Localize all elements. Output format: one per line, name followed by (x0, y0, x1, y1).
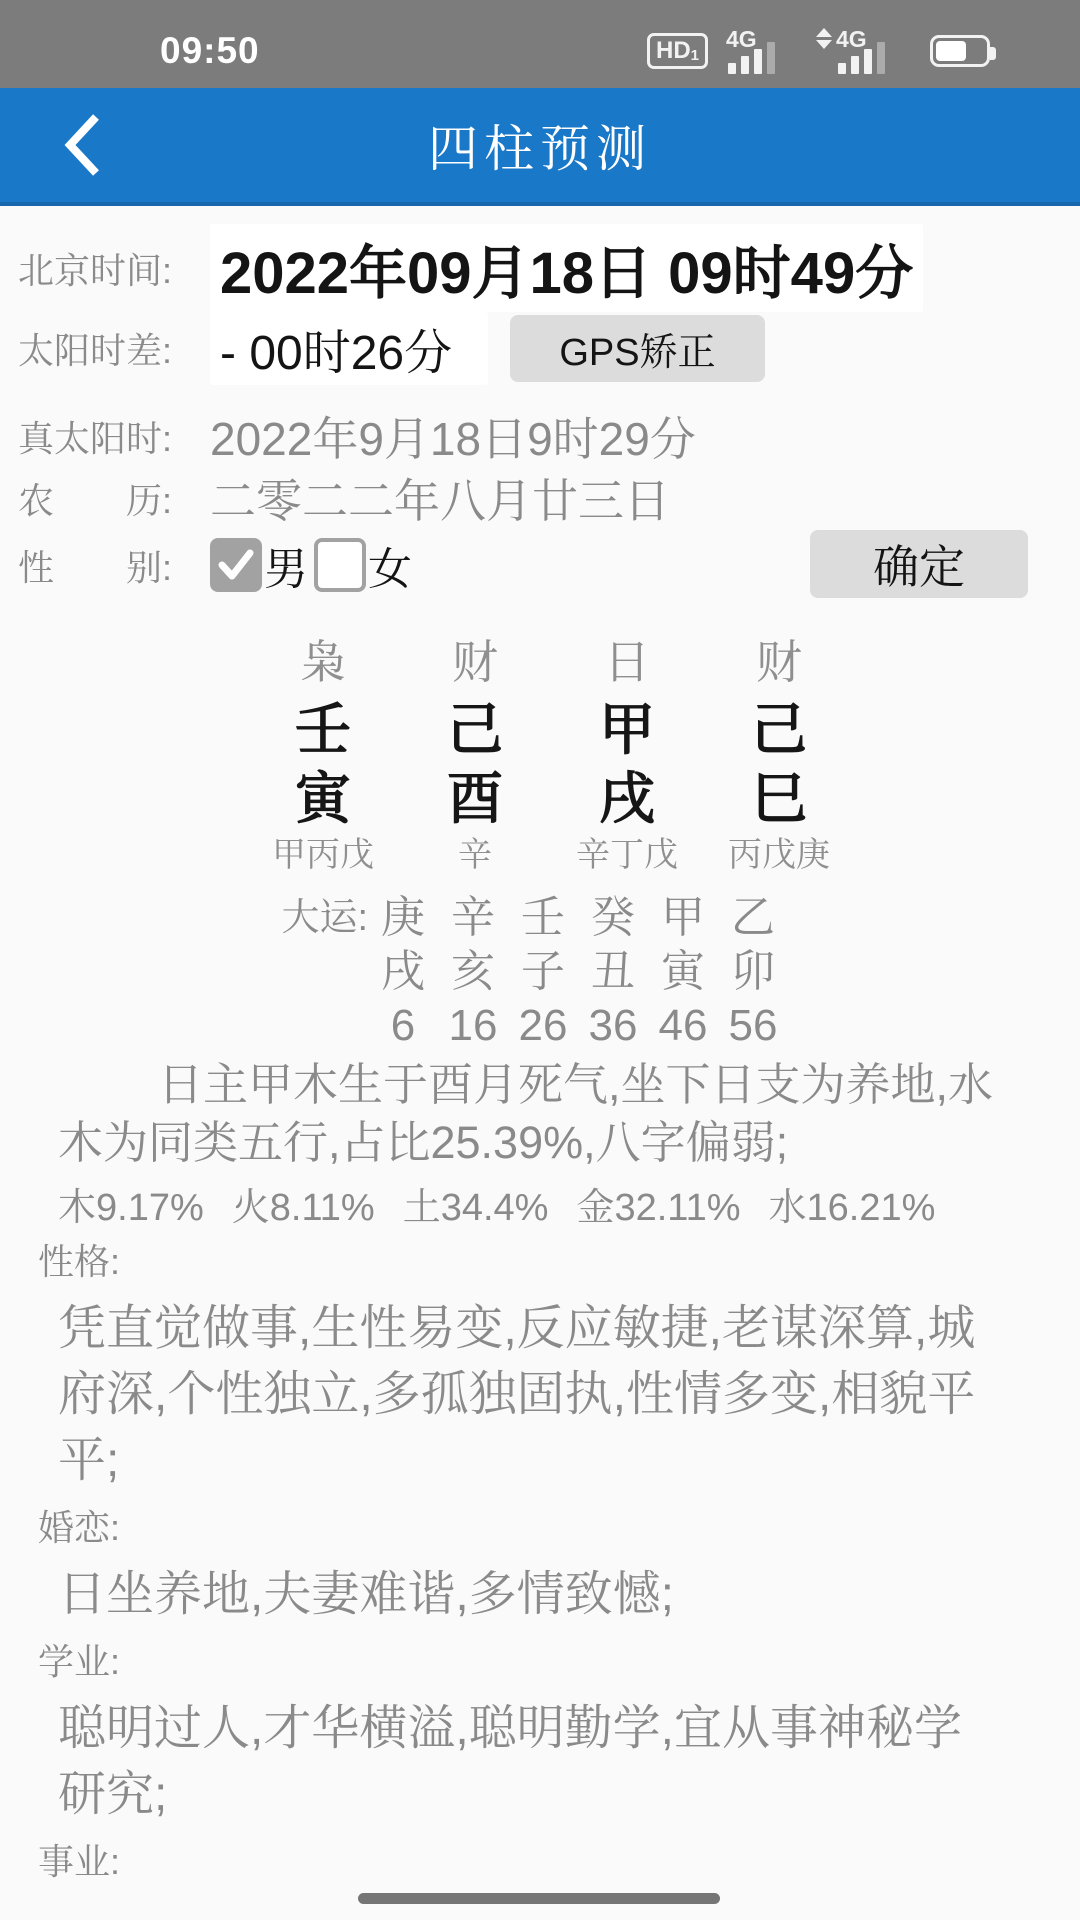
dayun-age: 56 (718, 998, 788, 1046)
male-checkbox[interactable] (210, 538, 262, 592)
dayun-stem: 甲 (648, 890, 718, 946)
dayun-column: 癸 丑 36 (578, 890, 648, 1046)
dayun-stem: 辛 (438, 890, 508, 946)
pillar-branch: 酉 (399, 761, 551, 829)
dayun-branch: 亥 (438, 946, 508, 998)
signal-strength-icon-2: 4G (836, 28, 906, 74)
section-line: 平; (58, 1428, 1048, 1494)
female-checkbox[interactable] (314, 538, 366, 592)
element-water: 水16.21% (769, 1176, 936, 1231)
confirm-button[interactable]: 确定 (810, 530, 1028, 598)
element-metal: 金32.11% (576, 1176, 740, 1231)
analysis-sections: 性格: 凭直觉做事,生性易变,反应敏捷,老谋深算,城 府深,个性独立,多孤独固执… (38, 1240, 1048, 1884)
element-earth: 土34.4% (403, 1176, 549, 1231)
gender-label: 性 别: (18, 540, 210, 591)
checkmark-icon (218, 549, 254, 581)
dayun-age: 6 (368, 998, 438, 1046)
element-wood: 木9.17% (58, 1176, 204, 1231)
back-button[interactable] (42, 102, 122, 188)
pillar-god: 财 (703, 625, 855, 699)
gps-correct-button[interactable]: GPS矫正 (510, 315, 765, 382)
dayun-columns: 庚 戌 6 辛 亥 16 壬 子 26 癸 丑 36 甲 寅 4 (368, 890, 788, 1046)
pillar-branch: 巳 (703, 761, 855, 829)
dayun-branch: 丑 (578, 946, 648, 998)
four-pillars: 枭 壬 寅 甲丙戊 财 己 酉 辛 日 甲 戌 辛丁戊 财 己 巳 丙戊庚 (247, 625, 857, 873)
hd-voice-icon: HD1 (647, 33, 708, 69)
section-body-personality: 凭直觉做事,生性易变,反应敏捷,老谋深算,城 府深,个性独立,多孤独固执,性情多… (58, 1296, 1048, 1494)
signal-bars-icon (728, 42, 775, 74)
dayun-branch: 子 (508, 946, 578, 998)
true-solar-row: 真太阳时: 2022年9月18日9时29分 (18, 406, 696, 466)
home-indicator[interactable] (358, 1893, 720, 1904)
beijing-time-row: 北京时间: 2022年09月18日 09时49分 (18, 230, 923, 306)
page: 09:50 HD1 4G 4G 四柱预测 (0, 0, 1080, 1920)
female-checkbox-label[interactable]: 女 (368, 533, 412, 597)
dayun-age: 46 (648, 998, 718, 1046)
pillar-hidden-stems: 辛丁戊 (551, 829, 703, 873)
five-elements-percent: 木9.17% 火8.11% 土34.4% 金32.11% 水16.21% (58, 1180, 963, 1226)
pillar-branch: 寅 (247, 761, 399, 829)
pillar-stem: 壬 (247, 699, 399, 761)
signal-strength-icon: 4G (726, 28, 796, 74)
page-title: 四柱预测 (428, 109, 652, 181)
pillar-stem: 甲 (551, 699, 703, 761)
section-body-marriage: 日坐养地,夫妻难谐,多情致憾; (58, 1562, 1048, 1628)
pillar-hour: 财 己 巳 丙戊庚 (703, 625, 855, 873)
dayun-stem: 壬 (508, 890, 578, 946)
dayun-column: 庚 戌 6 (368, 890, 438, 1046)
bazi-summary: 日主甲木生于酉月死气,坐下日支为养地,水 木为同类五行,占比25.39%,八字偏… (58, 1056, 1053, 1172)
pillar-hidden-stems: 甲丙戊 (247, 829, 399, 873)
true-solar-value: 2022年9月18日9时29分 (210, 403, 696, 469)
dayun-branch: 卯 (718, 946, 788, 998)
dayun-column: 壬 子 26 (508, 890, 578, 1046)
pillar-month: 财 己 酉 辛 (399, 625, 551, 873)
solar-diff-label: 太阳时差: (18, 323, 210, 374)
section-body-study: 聪明过人,才华横溢,聪明勤学,宜从事神秘学 研究; (58, 1696, 1048, 1828)
dayun-age: 36 (578, 998, 648, 1046)
pillar-day: 日 甲 戌 辛丁戊 (551, 625, 703, 873)
pillar-branch: 戌 (551, 761, 703, 829)
pillar-year: 枭 壬 寅 甲丙戊 (247, 625, 399, 873)
signal-bars-icon-2 (838, 42, 885, 74)
section-title-marriage: 婚恋: (38, 1506, 1048, 1550)
dayun-branch: 寅 (648, 946, 718, 998)
dayun-stem: 乙 (718, 890, 788, 946)
solar-diff-value[interactable]: - 00时26分 (210, 312, 488, 385)
section-line: 研究; (58, 1762, 1048, 1828)
beijing-time-label: 北京时间: (18, 243, 210, 294)
status-bar: 09:50 HD1 4G 4G (0, 0, 1080, 88)
dayun-column: 甲 寅 46 (648, 890, 718, 1046)
dayun-column: 辛 亥 16 (438, 890, 508, 1046)
summary-line: 日主甲木生于酉月死气,坐下日支为养地,水 (58, 1056, 1053, 1114)
battery-fill (936, 41, 966, 61)
lunar-date-row: 农 历: 二零二二年八月廿三日 (18, 468, 670, 528)
dayun-column: 乙 卯 56 (718, 890, 788, 1046)
data-transfer-arrows-icon (816, 28, 832, 49)
male-checkbox-label[interactable]: 男 (264, 533, 308, 597)
section-line: 府深,个性独立,多孤独固执,性情多变,相貌平 (58, 1362, 1048, 1428)
status-icons: HD1 4G 4G (647, 14, 990, 74)
pillar-god: 枭 (247, 625, 399, 699)
section-title-career: 事业: (38, 1840, 1048, 1884)
section-line: 日坐养地,夫妻难谐,多情致憾; (58, 1562, 1048, 1628)
solar-diff-row: 太阳时差: - 00时26分 GPS矫正 (18, 312, 765, 384)
gender-row: 性 别: 男 女 确定 (18, 528, 1062, 602)
hd-badge-sub: 1 (691, 47, 699, 64)
lunar-date-value: 二零二二年八月廿三日 (210, 465, 670, 531)
dayun-age: 16 (438, 998, 508, 1046)
status-time: 09:50 (160, 16, 260, 72)
pillar-hidden-stems: 丙戊庚 (703, 829, 855, 873)
dayun-stem: 庚 (368, 890, 438, 946)
lunar-date-label: 农 历: (18, 473, 210, 524)
pillar-god: 财 (399, 625, 551, 699)
app-bar: 四柱预测 (0, 88, 1080, 206)
dayun-stem: 癸 (578, 890, 648, 946)
hd-badge-label: HD (656, 37, 691, 65)
dayun-branch: 戌 (368, 946, 438, 998)
chevron-left-icon (60, 112, 104, 178)
pillar-stem: 己 (703, 699, 855, 761)
dayun-age: 26 (508, 998, 578, 1046)
true-solar-label: 真太阳时: (18, 411, 210, 462)
beijing-time-value[interactable]: 2022年09月18日 09时49分 (210, 224, 923, 312)
section-line: 凭直觉做事,生性易变,反应敏捷,老谋深算,城 (58, 1296, 1048, 1362)
battery-icon (930, 35, 990, 67)
section-title-study: 学业: (38, 1640, 1048, 1684)
element-fire: 火8.11% (232, 1176, 375, 1231)
summary-line: 木为同类五行,占比25.39%,八字偏弱; (58, 1114, 1053, 1172)
pillar-stem: 己 (399, 699, 551, 761)
section-line: 聪明过人,才华横溢,聪明勤学,宜从事神秘学 (58, 1696, 1048, 1762)
pillar-god: 日 (551, 625, 703, 699)
dayun-block: 大运: 庚 戌 6 辛 亥 16 壬 子 26 癸 丑 36 (248, 890, 788, 1046)
section-title-personality: 性格: (38, 1240, 1048, 1284)
dayun-label: 大运: (248, 890, 368, 1046)
battery-nub (990, 47, 996, 60)
pillar-hidden-stems: 辛 (399, 829, 551, 873)
